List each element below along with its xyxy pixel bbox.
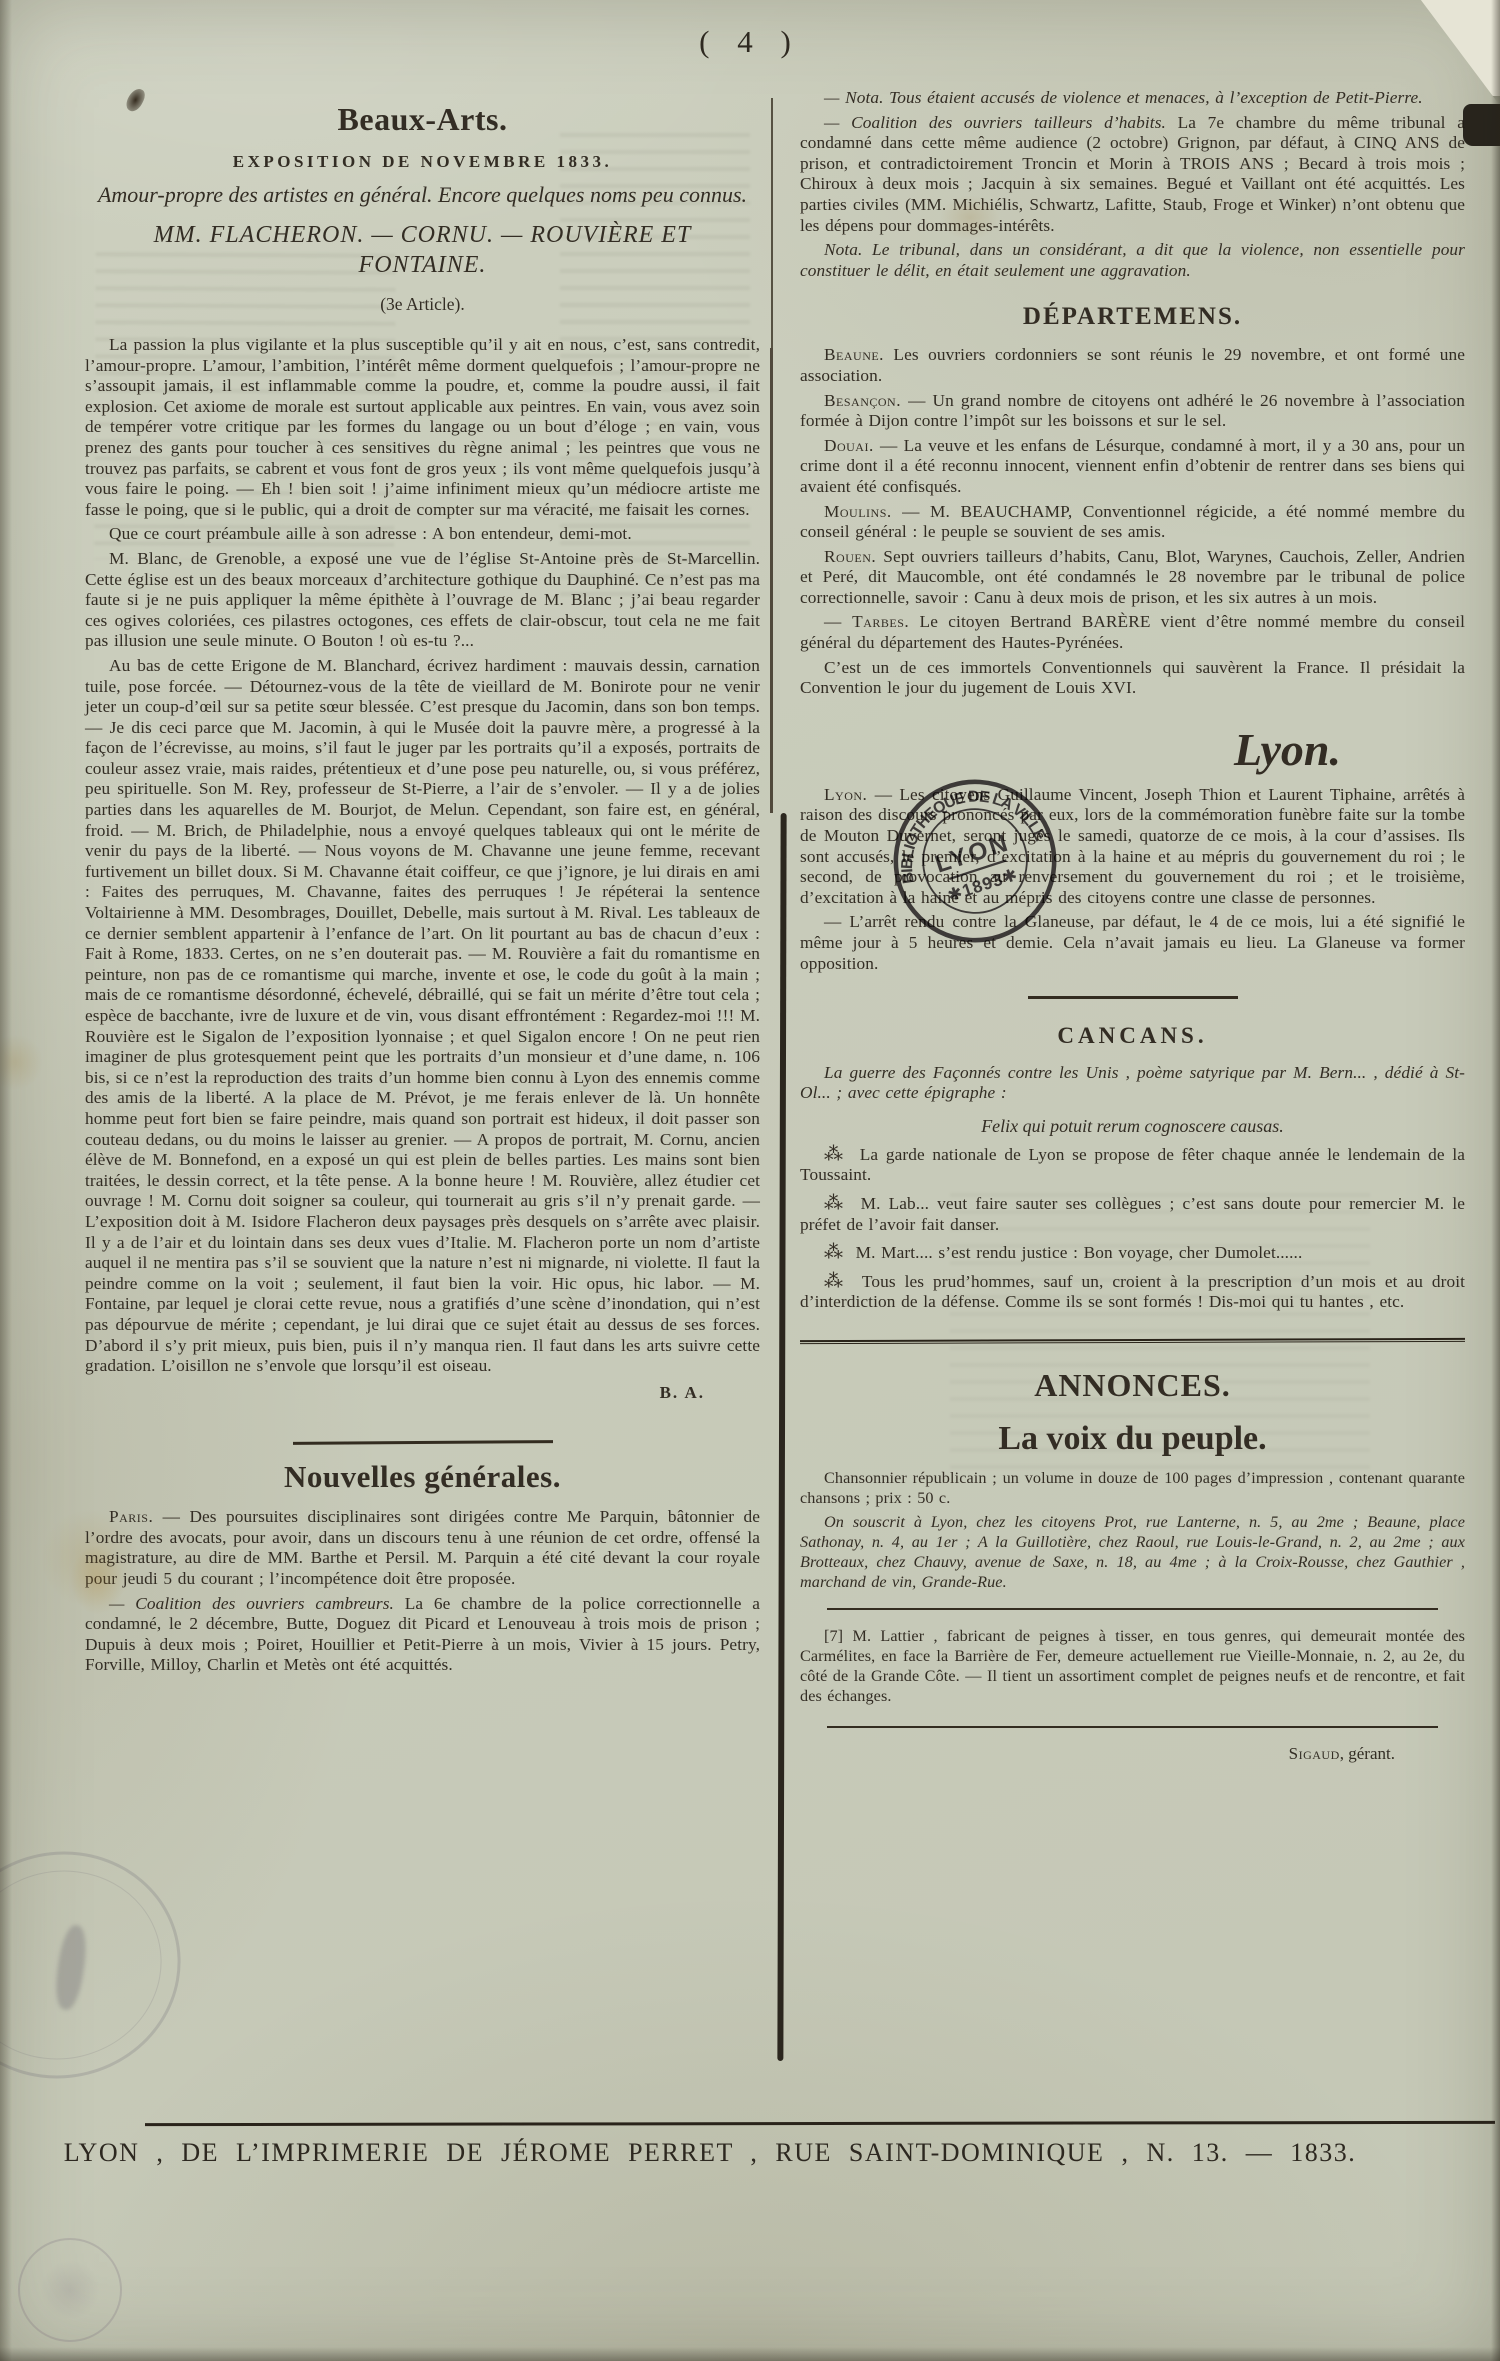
- asterism-mark: ⁂: [824, 1193, 853, 1214]
- scan-edge-shadow: [1491, 0, 1500, 2361]
- page-number: ( 4 ): [0, 24, 1500, 60]
- dept-item-besancon: Besançon. — Un grand nombre de citoyens …: [800, 391, 1465, 432]
- cancans-item: ⁂ M. Lab... veut faire sauter ses collèg…: [800, 1194, 1465, 1235]
- item-lead: — Coalition des ouvriers cambreurs.: [109, 1594, 394, 1613]
- newspaper-page: ( 4 ) Beaux-Arts. EXPOSITION DE NOVEMBRE…: [0, 0, 1500, 2361]
- rule: [827, 1608, 1439, 1610]
- cancans-guerre: La guerre des Façonnés contre les Unis ,…: [800, 1063, 1465, 1104]
- cancans-item: ⁂ La garde nationale de Lyon se propose …: [800, 1145, 1465, 1186]
- dept-item-moulins: Moulins. — M. BEAUCHAMP, Conventionnel r…: [800, 502, 1465, 543]
- article-paragraph: Que ce court préambule aille à son adres…: [85, 524, 760, 545]
- exposition-subtitle: EXPOSITION DE NOVEMBRE 1833.: [85, 152, 760, 172]
- column-divider-rule: [777, 813, 786, 2061]
- dateline: Rouen.: [824, 547, 876, 566]
- cancans-item: ⁂ M. Mart.... s’est rendu justice : Bon …: [800, 1243, 1465, 1264]
- right-column: — Nota. Tous étaient accusés de violence…: [800, 88, 1465, 2118]
- lyon-section-heading: Lyon.: [800, 725, 1465, 775]
- section-divider-rule: [292, 1440, 552, 1444]
- dateline: — Tarbes.: [824, 612, 909, 631]
- departemens-heading: DÉPARTEMENS.: [800, 303, 1465, 331]
- column-divider-rule: [771, 98, 773, 348]
- tailleurs-paragraph: — Coalition des ouvriers tailleurs d’hab…: [800, 113, 1465, 237]
- item-lead: — Coalition des ouvriers tailleurs d’hab…: [824, 113, 1166, 132]
- news-paragraph-paris: Paris. — Des poursuites disciplinaires s…: [85, 1507, 760, 1589]
- annonces-heading: ANNONCES.: [800, 1367, 1465, 1404]
- column-divider-rule: [770, 348, 773, 813]
- note-lattier: [7] M. Lattier , fabricant de peignes à …: [800, 1626, 1465, 1706]
- section-divider-rule: [1028, 996, 1238, 999]
- section-title-beaux-arts: Beaux-Arts.: [85, 101, 760, 138]
- annonce-description: Chansonnier républicain ; un volume in d…: [800, 1468, 1465, 1508]
- article-number: (3e Article).: [85, 294, 760, 315]
- scan-edge-shadow: [0, 0, 12, 2361]
- artists-names-line: MM. FLACHERON. — CORNU. — ROUVIÈRE ET FO…: [153, 220, 693, 280]
- printer-imprint: LYON , DE L’IMPRIMERIE DE JÉROME PERRET …: [0, 2138, 1420, 2168]
- article-paragraph: M. Blanc, de Grenoble, a exposé une vue …: [85, 549, 760, 652]
- article-paragraph: La passion la plus vigilante et la plus …: [85, 335, 760, 520]
- nota-paragraph: Nota. Le tribunal, dans un considérant, …: [800, 240, 1465, 281]
- left-column: Beaux-Arts. EXPOSITION DE NOVEMBRE 1833.…: [85, 95, 760, 2125]
- asterism-mark: ⁂: [824, 1242, 850, 1263]
- dateline: Besançon.: [824, 391, 901, 410]
- author-initials: B. A.: [85, 1383, 760, 1403]
- dateline: Moulins.: [824, 502, 892, 521]
- note-number: [7]: [824, 1627, 843, 1645]
- dept-item-rouen: Rouen. Sept ouvriers tailleurs d’habits,…: [800, 547, 1465, 609]
- annonce-souscription: On souscrit à Lyon, chez les citoyens Pr…: [800, 1512, 1465, 1592]
- asterism-mark: ⁂: [824, 1144, 852, 1165]
- double-rule: [800, 1338, 1465, 1344]
- dateline: Lyon.: [824, 785, 867, 804]
- article-title: Amour-propre des artistes en général. En…: [85, 182, 760, 208]
- dept-item-douai: Douai. — La veuve et les enfans de Lésur…: [800, 436, 1465, 498]
- rule: [827, 1726, 1439, 1728]
- dateline: Douai.: [824, 436, 874, 455]
- cancans-heading: CANCANS.: [800, 1023, 1465, 1049]
- scan-edge-shadow: [0, 2347, 1500, 2361]
- dept-item-tarbes: — Tarbes. Le citoyen Bertrand BARÈRE vie…: [800, 612, 1465, 653]
- cancans-item: ⁂ Tous les prud’hommes, sauf un, croient…: [800, 1272, 1465, 1313]
- article-paragraph: Au bas de cette Erigone de M. Blanchard,…: [85, 656, 760, 1377]
- news-paragraph-cambreurs: — Coalition des ouvriers cambreurs. La 6…: [85, 1594, 760, 1676]
- voix-du-peuple-title: La voix du peuple.: [800, 1420, 1465, 1458]
- dept-paragraph-immortels: C’est un de ces immortels Conventionnels…: [800, 658, 1465, 699]
- news-section-title: Nouvelles générales.: [85, 1459, 760, 1495]
- dateline: Beaune.: [824, 345, 884, 364]
- dept-item-beaune: Beaune. Les ouvriers cordonniers se sont…: [800, 345, 1465, 386]
- asterism-mark: ⁂: [824, 1271, 853, 1292]
- nota-paragraph: — Nota. Tous étaient accusés de violence…: [800, 88, 1465, 109]
- cancans-epigraph: Felix qui potuit rerum cognoscere causas…: [800, 1116, 1465, 1137]
- gerant-signature: Sigaud, gérant.: [800, 1744, 1465, 1764]
- dateline: Paris.: [109, 1507, 153, 1526]
- faint-round-stamp-artifact: [18, 2238, 122, 2342]
